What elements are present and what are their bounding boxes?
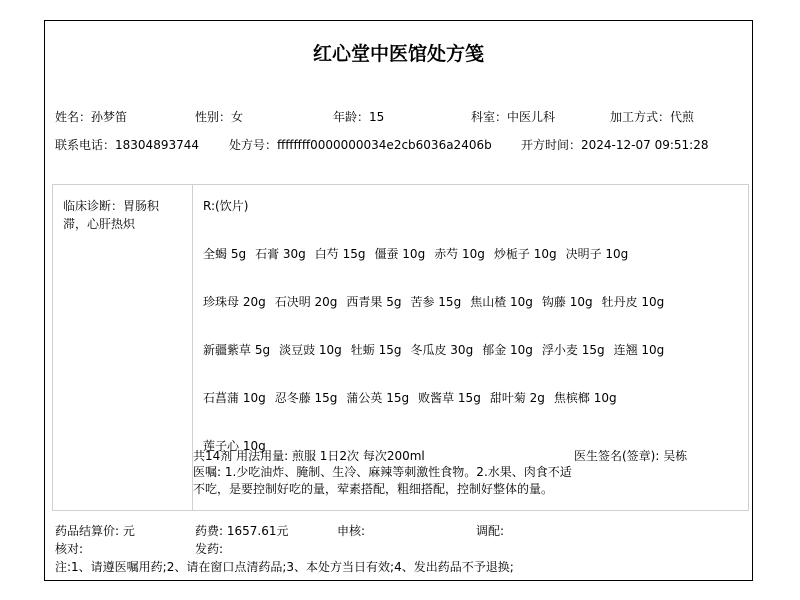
patient-name: 孙梦笛	[91, 110, 127, 124]
diagnosis-label: 临床诊断：	[63, 199, 123, 213]
herb-item: 白芍 15g	[315, 247, 366, 261]
herb-item: 焦山楂 10g	[470, 295, 533, 309]
patient-name-label: 姓名：	[55, 110, 91, 124]
herb-item: 石膏 30g	[255, 247, 306, 261]
review-field: 申核:	[337, 523, 365, 539]
herb-item: 西青果 5g	[346, 295, 401, 309]
processing-label: 加工方式：	[610, 110, 670, 124]
rx-header: R:(饮片)	[203, 197, 248, 214]
herb-item: 甜叶菊 2g	[490, 391, 545, 405]
herb-item: 珍珠母 20g	[203, 295, 266, 309]
herb-line-1: 全蝎 5g石膏 30g白芍 15g僵蚕 10g赤芍 10g炒栀子 10g决明子 …	[203, 245, 637, 262]
herb-item: 新疆紫草 5g	[203, 343, 270, 357]
patient-age-label: 年龄：	[333, 110, 369, 124]
rx-time-label: 开方时间：	[521, 138, 581, 152]
drug-fee-label: 药费:	[195, 524, 227, 538]
issue-field: 发药:	[195, 541, 223, 557]
doctor-name: 吴栋	[663, 449, 687, 463]
herb-item: 僵蚕 10g	[374, 247, 425, 261]
drug-fee: 药费: 1657.61元	[195, 523, 288, 539]
herb-item: 石菖蒲 10g	[203, 391, 266, 405]
processing-field: 加工方式：代煎	[610, 109, 694, 125]
rx-number-field: 处方号：ffffffff0000000034e2cb6036a2406b	[229, 137, 492, 153]
herb-item: 败酱草 15g	[418, 391, 481, 405]
herb-line-3: 新疆紫草 5g淡豆豉 10g牡蛎 15g冬瓜皮 30g郁金 10g浮小麦 15g…	[203, 341, 673, 358]
herb-item: 全蝎 5g	[203, 247, 246, 261]
department-label: 科室：	[471, 110, 507, 124]
herb-item: 苦参 15g	[410, 295, 461, 309]
herb-item: 决明子 10g	[566, 247, 629, 261]
dispense-mix-field: 调配:	[476, 523, 504, 539]
phone-label: 联系电话：	[55, 138, 115, 152]
doctor-signature: 医生签名(签章): 吴栋	[574, 447, 687, 464]
herb-item: 焦槟榔 10g	[554, 391, 617, 405]
rx-time-field: 开方时间：2024-12-07 09:51:28	[521, 137, 708, 153]
herb-item: 石决明 20g	[275, 295, 338, 309]
herb-item: 冬瓜皮 30g	[410, 343, 473, 357]
drug-fee-value: 1657.61元	[227, 524, 289, 538]
phone: 18304893744	[115, 138, 199, 152]
herb-item: 忍冬藤 15g	[275, 391, 338, 405]
herb-item: 牡蛎 15g	[351, 343, 402, 357]
herb-item: 蒲公英 15g	[346, 391, 409, 405]
prescription-sheet: 红心堂中医馆处方笺 姓名：孙梦笛 性别：女 年龄：15 科室：中医儿科 加工方式…	[44, 20, 753, 581]
processing: 代煎	[670, 110, 694, 124]
patient-age: 15	[369, 110, 384, 124]
settle-price: 药品结算价: 元	[55, 523, 135, 539]
check-field: 核对:	[55, 541, 83, 557]
herb-item: 钩藤 10g	[542, 295, 593, 309]
herb-item: 连翘 10g	[614, 343, 665, 357]
department: 中医儿科	[507, 110, 555, 124]
patient-age-field: 年龄：15	[333, 109, 384, 125]
page-title: 红心堂中医馆处方笺	[45, 39, 752, 66]
phone-field: 联系电话：18304893744	[55, 137, 199, 153]
department-field: 科室：中医儿科	[471, 109, 555, 125]
herb-line-2: 珍珠母 20g石决明 20g西青果 5g苦参 15g焦山楂 10g钩藤 10g牡…	[203, 293, 673, 310]
herb-item: 炒栀子 10g	[494, 247, 557, 261]
doctor-advice: 医嘱: 1.少吃油炸、腌制、生冷、麻辣等刺激性食物。2.水果、肉食不适不吃，是要…	[193, 464, 577, 498]
patient-gender-field: 性别：女	[195, 109, 243, 125]
herb-item: 淡豆豉 10g	[279, 343, 342, 357]
herb-item: 赤芍 10g	[434, 247, 485, 261]
footer-note: 注:1、请遵医嘱用药;2、请在窗口点清药品;3、本处方当日有效;4、发出药品不予…	[55, 559, 514, 575]
patient-gender: 女	[231, 110, 243, 124]
patient-name-field: 姓名：孙梦笛	[55, 109, 127, 125]
usage-instructions: 共14剂 用法用量: 煎服 1日2次 每次200ml	[193, 447, 425, 464]
herb-item: 郁金 10g	[482, 343, 533, 357]
diagnosis-cell: 临床诊断：胃肠积滞，心肝热炽	[63, 197, 183, 233]
doctor-signature-label: 医生签名(签章):	[574, 449, 663, 463]
herb-item: 浮小麦 15g	[542, 343, 605, 357]
rx-number-label: 处方号：	[229, 138, 277, 152]
patient-gender-label: 性别：	[195, 110, 231, 124]
herb-line-4: 石菖蒲 10g忍冬藤 15g蒲公英 15g败酱草 15g甜叶菊 2g焦槟榔 10…	[203, 389, 626, 406]
rx-number: ffffffff0000000034e2cb6036a2406b	[277, 138, 492, 152]
rx-time: 2024-12-07 09:51:28	[581, 138, 708, 152]
herb-item: 牡丹皮 10g	[602, 295, 665, 309]
